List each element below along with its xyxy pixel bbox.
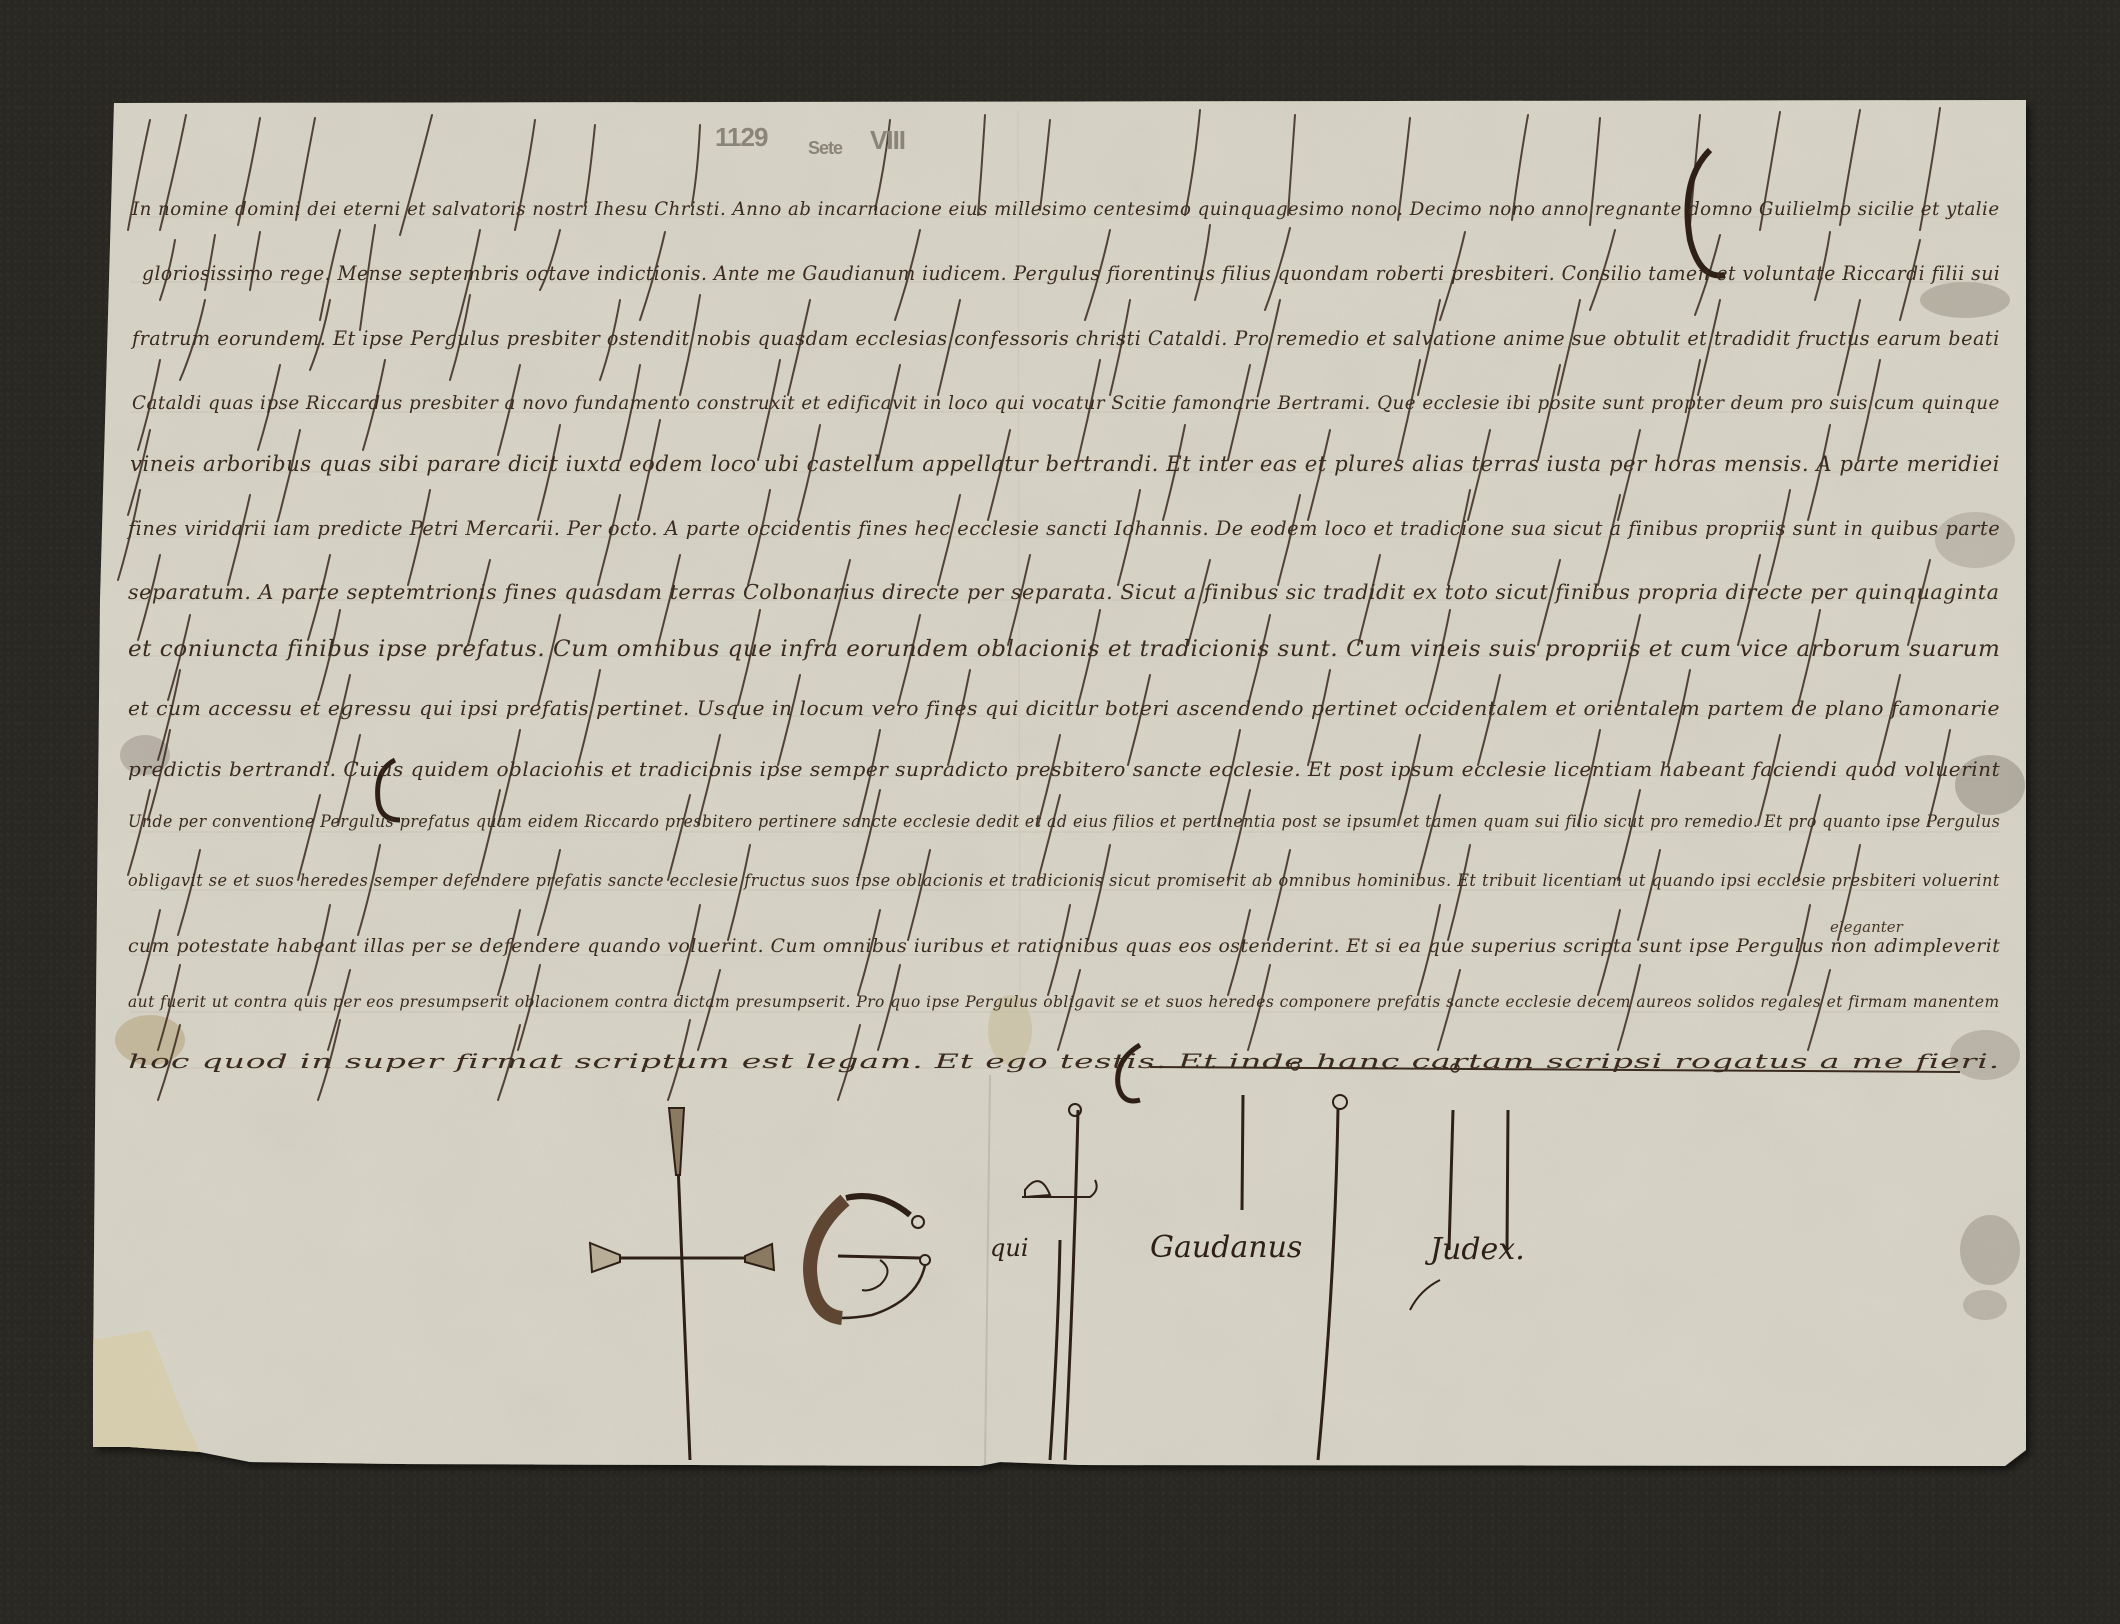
interlinear-note: eleganter <box>1830 918 1903 936</box>
subscription-qui: qui <box>990 1234 1029 1262</box>
text-line-3: fratrum eorundem. Et ipse Pergulus presb… <box>132 327 2000 350</box>
text-line-7: separatum. A parte septemtrionis fines q… <box>128 580 1999 604</box>
document-viewer: 1129 Sete VIII In nomine domini dei eter… <box>0 0 2120 1624</box>
text-line-10: predictis bertrandi. Cuius quidem oblaci… <box>128 757 2000 781</box>
text-line-2: gloriosissimo rege. Mense septembris oct… <box>142 262 2000 285</box>
archival-number: 1129 <box>715 122 767 153</box>
archival-sheet: Sete <box>808 138 842 159</box>
text-line-4: Cataldi quas ipse Riccardus presbiter a … <box>132 392 2000 414</box>
subscription-judex: Judex. <box>1430 1232 1525 1267</box>
text-line-11: Unde per conventione Pergulus prefatus q… <box>128 812 2000 831</box>
text-line-6: fines viridarii iam predicte Petri Merca… <box>128 517 2000 540</box>
text-line-8: et coniuncta finibus ipse prefatus. Cum … <box>128 637 2000 662</box>
text-line-14: aut fuerit ut contra quis per eos presum… <box>128 992 2000 1011</box>
text-line-13: cum potestate habeant illas per se defen… <box>128 935 2000 957</box>
text-line-5: vineis arboribus quas sibi parare dicit … <box>130 452 2000 476</box>
text-line-1: In nomine domini dei eterni et salvatori… <box>132 198 2000 220</box>
text-line-15: hoc quod in super firmat scriptum est le… <box>128 1049 2000 1073</box>
archival-roman: VIII <box>870 125 905 156</box>
subscription-gaudanus: Gaudanus <box>1150 1230 1302 1265</box>
text-line-9: et cum accessu et egressu qui ipsi prefa… <box>128 697 2000 720</box>
text-line-12: obligavit se et suos heredes semper defe… <box>128 871 2000 890</box>
